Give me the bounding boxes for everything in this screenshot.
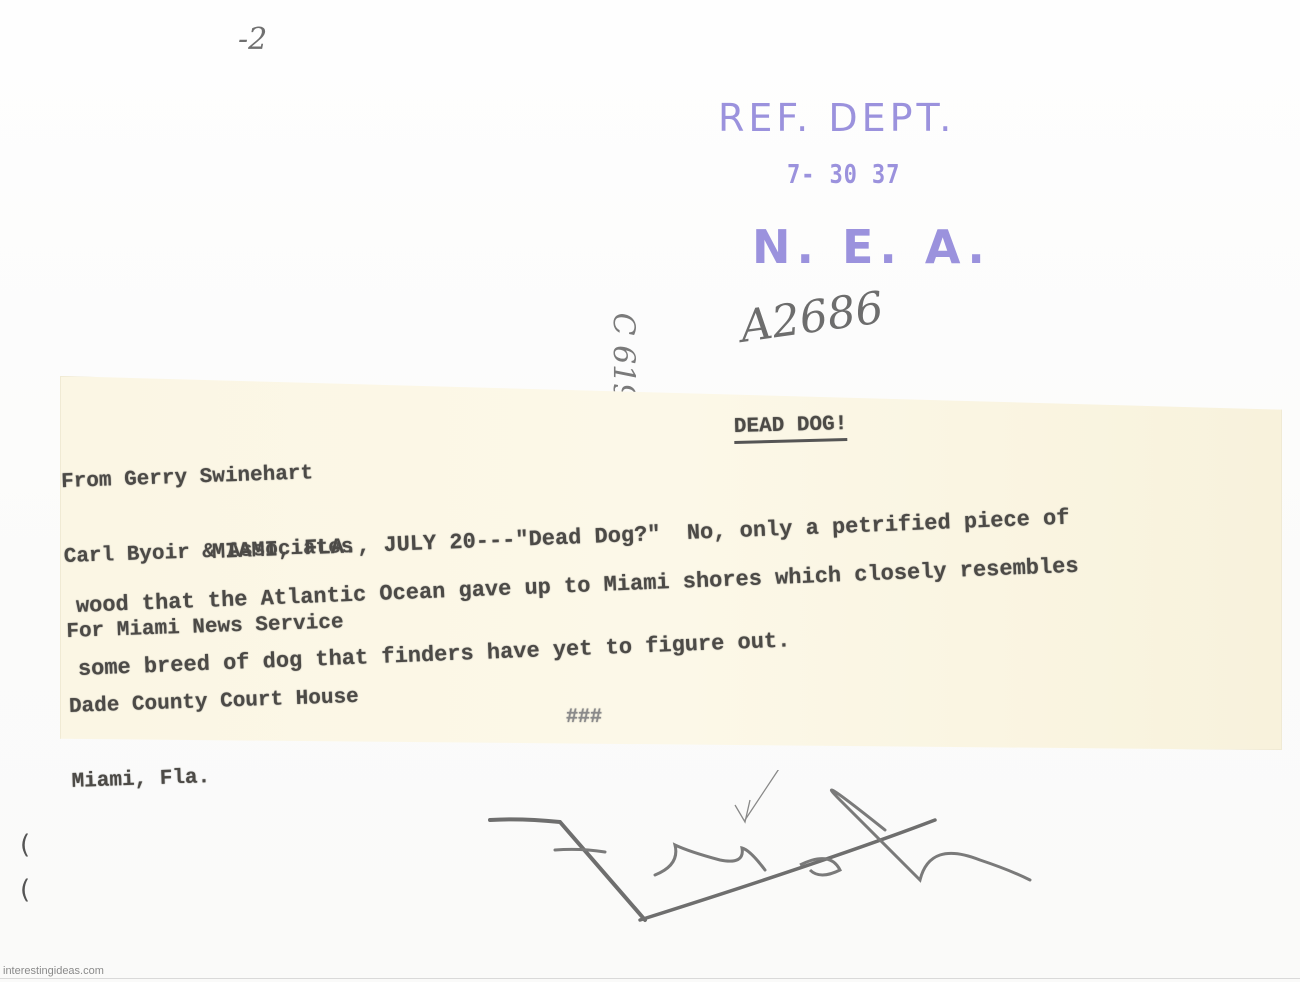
pencil-vertical-note: C 619 [605, 313, 640, 403]
watermark: interestingideas.com [3, 965, 104, 977]
stamp-nea: N. E. A. [752, 220, 991, 274]
from-line: Miami, Fla. [71, 760, 362, 795]
stamp-ref-dept: REF. DEPT. [718, 96, 955, 140]
staple-mark: ( [20, 875, 30, 905]
staple-mark: ( [20, 830, 30, 860]
stamp-date: 7- 30 37 [787, 160, 900, 190]
headline: DEAD DOG! [734, 413, 848, 444]
end-mark: ### [566, 706, 602, 729]
pencil-corner-mark: -2 [238, 22, 267, 57]
signature-icon [480, 770, 1080, 950]
page-bottom-edge [0, 978, 1300, 979]
from-line: Dade County Court House [69, 685, 360, 720]
from-line: From Gerry Swinehart [61, 460, 352, 495]
